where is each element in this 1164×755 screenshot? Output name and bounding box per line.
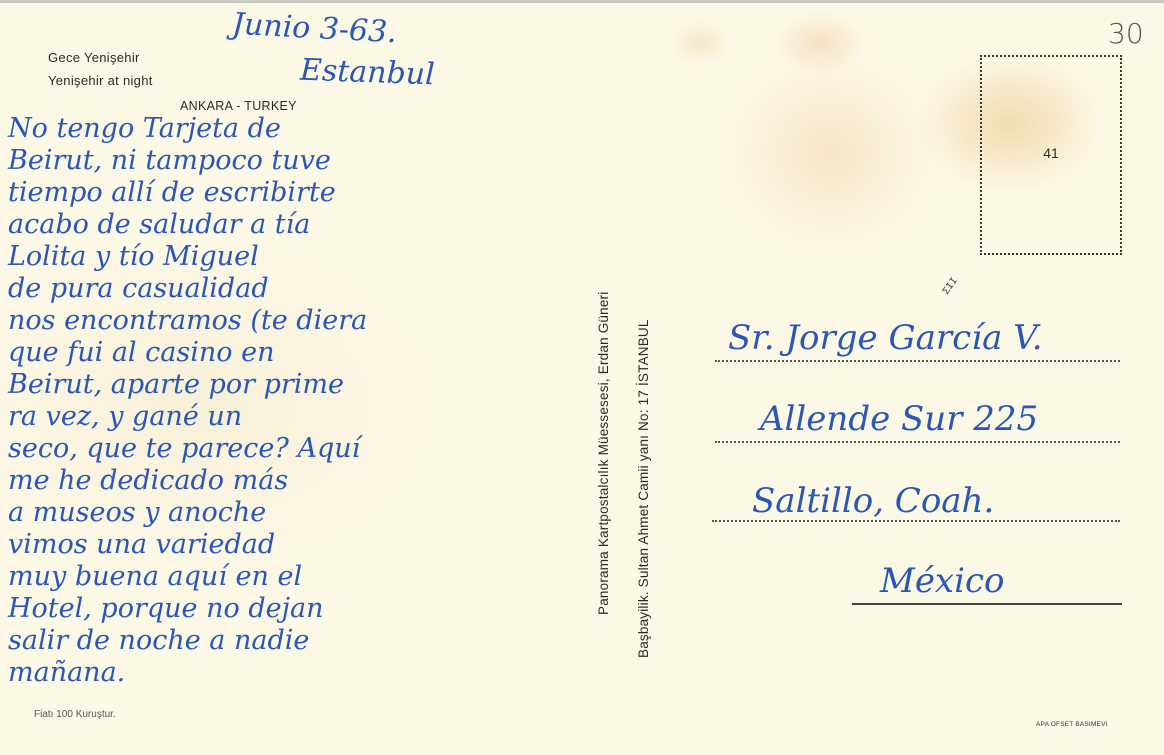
message-line: a museos y anoche	[8, 497, 588, 529]
address-country: México	[880, 561, 1005, 601]
address-street: Allende Sur 225	[760, 399, 1038, 439]
message-line: mañana.	[8, 657, 588, 689]
publisher-line-2: Başbayilik. Sultan Ahmet Camii yanı No: …	[636, 319, 651, 658]
message-line: vimos una variedad	[8, 529, 588, 561]
printer-credit: APA OFSET BASIMEVI	[1036, 721, 1108, 728]
message-line: Beirut, ni tampoco tuve	[8, 145, 588, 177]
handwritten-place: Estanbul	[299, 53, 435, 93]
caption-turkish: Gece Yenişehir	[48, 50, 140, 65]
stamp-placeholder: 41	[980, 55, 1122, 255]
message-line: que fui al casino en	[8, 337, 588, 369]
stamp-box-number: 41	[982, 145, 1120, 161]
address-line-rule-4	[852, 603, 1122, 605]
message-line: No tengo Tarjeta de	[8, 113, 588, 145]
address-line-rule-1	[715, 360, 1120, 362]
pencil-note: 30	[1108, 17, 1144, 50]
message-line: me he dedicado más	[8, 465, 588, 497]
address-recipient: Sr. Jorge García V.	[728, 318, 1043, 358]
address-city: Saltillo, Coah.	[752, 481, 994, 521]
message-line: acabo de saludar a tía	[8, 209, 588, 241]
message-line: Beirut, aparte por prime	[8, 369, 588, 401]
publisher-line-1: Panorama Kartpostalcılık Müessesesi, Erd…	[596, 292, 611, 615]
message-line: nos encontramos (te diera	[8, 305, 588, 337]
message-line: ra vez, y gané un	[8, 401, 588, 433]
message-line: de pura casualidad	[8, 273, 588, 305]
price-label: Fiatı 100 Kuruştur.	[34, 709, 116, 720]
message-line: salir de noche a nadie	[8, 625, 588, 657]
caption-english: Yenişehir at night	[48, 73, 153, 88]
handwritten-date: Junio 3-63.	[231, 7, 397, 51]
message-line: seco, que te parece? Aquí	[8, 433, 588, 465]
postmark-fragment: ΣΙΙ	[941, 276, 960, 297]
message-line: muy buena aquí en el	[8, 561, 588, 593]
address-line-rule-2	[715, 441, 1120, 443]
message-line: Lolita y tío Miguel	[8, 241, 588, 273]
handwritten-message: No tengo Tarjeta de Beirut, ni tampoco t…	[8, 113, 588, 689]
message-line: Hotel, porque no dejan	[8, 593, 588, 625]
location-label: ANKARA - TURKEY	[180, 99, 297, 113]
message-line: tiempo allí de escribirte	[8, 177, 588, 209]
postcard-back: Gece Yenişehir Yenişehir at night ANKARA…	[0, 0, 1164, 755]
